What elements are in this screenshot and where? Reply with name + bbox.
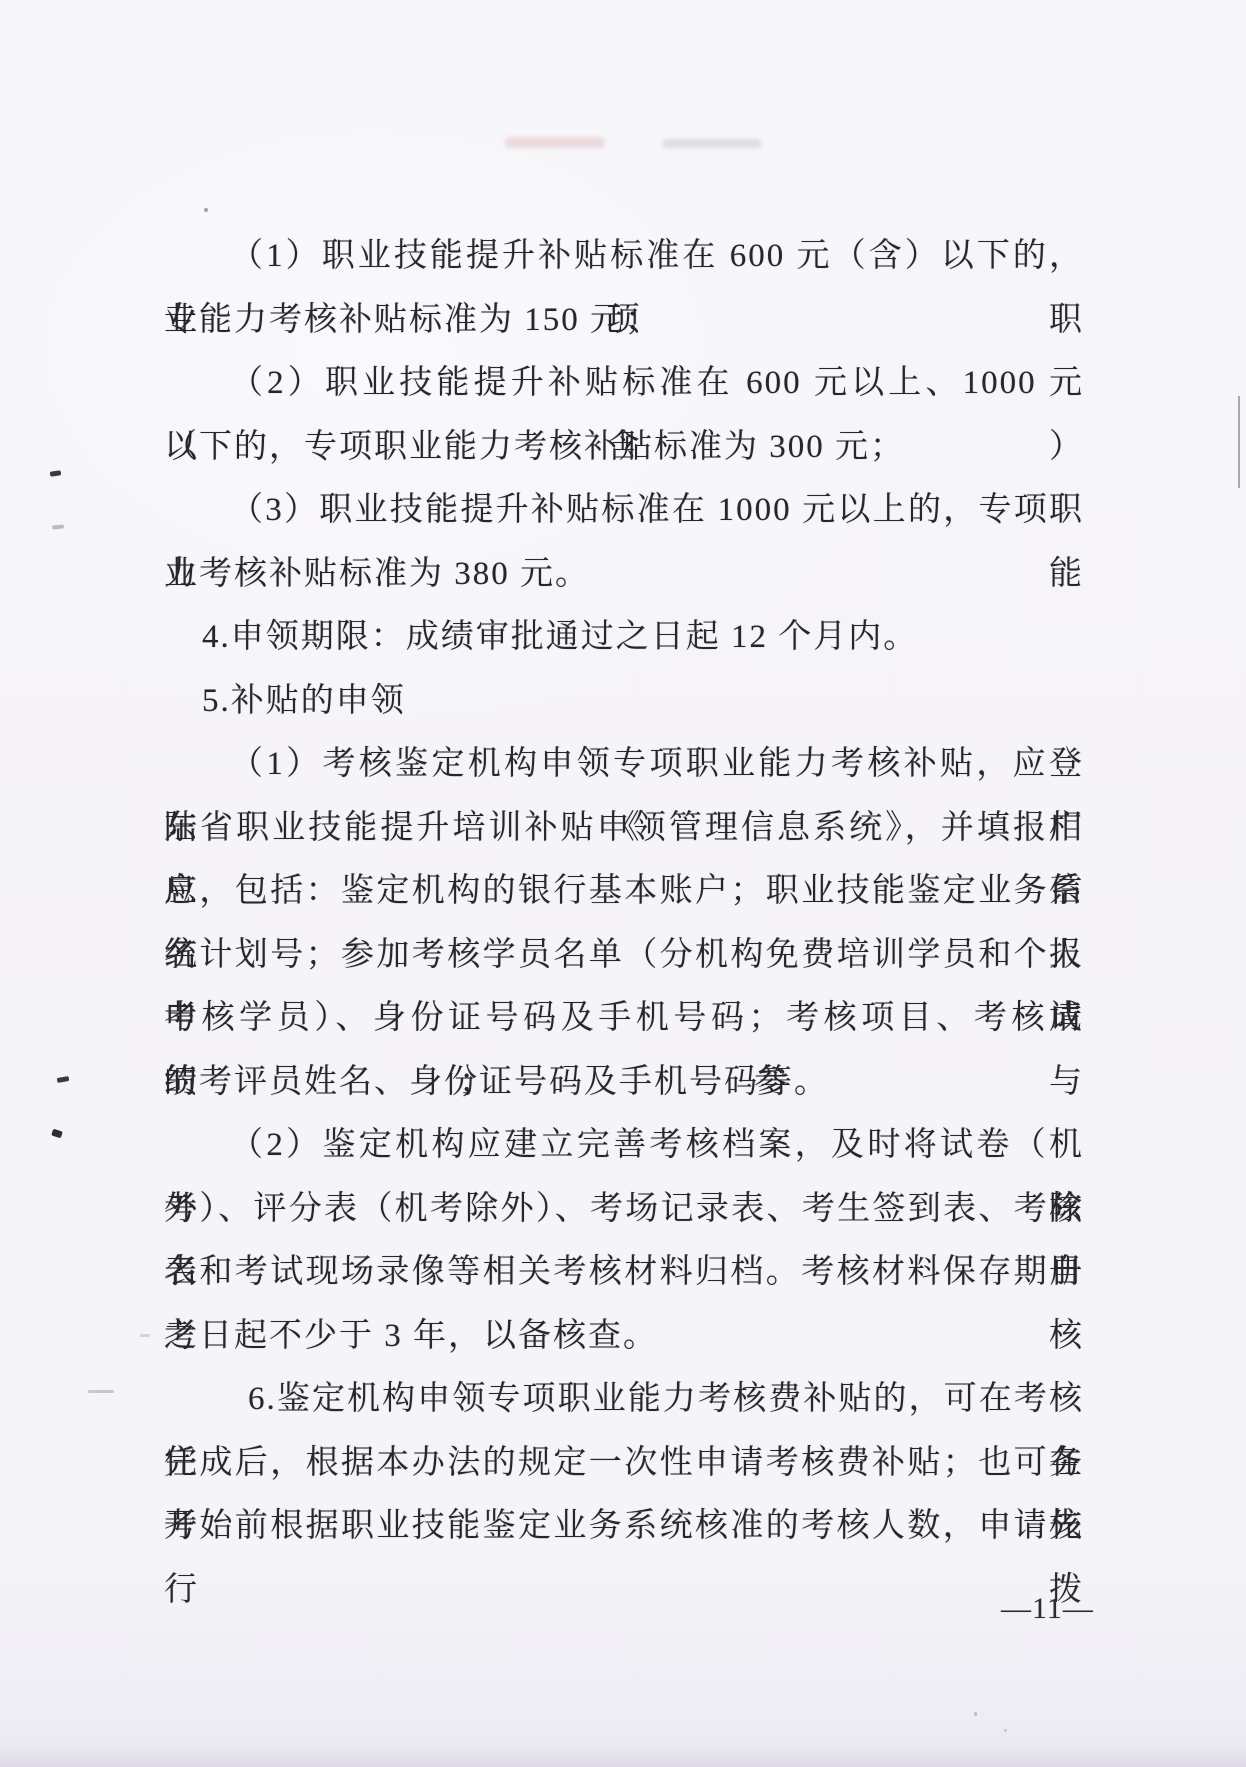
scan-bleedthrough-smudge [662, 139, 762, 148]
scan-edge-artifact [1238, 396, 1240, 488]
text-line: 名计划号；参加考核学员名单（分机构免费培训学员和个人申请 [164, 924, 1084, 988]
text-line: 表和考试现场录像等相关考核材料归档。考核材料保存期自考核 [164, 1241, 1084, 1305]
scan-speck [974, 1712, 977, 1716]
scan-speck [52, 524, 64, 529]
text-line: 完成后，根据本办法的规定一次性申请考核费补贴；也可在考核 [164, 1432, 1084, 1496]
scan-speck [57, 1076, 70, 1083]
scan-speck [140, 1334, 150, 1337]
text-line: 开始前根据职业技能鉴定业务系统核准的考核人数，申请先行拨 [164, 1495, 1084, 1559]
text-line: 息，包括：鉴定机构的银行基本账户；职业技能鉴定业务系统报 [164, 860, 1084, 924]
scan-speck [1004, 1729, 1007, 1732]
text-line: （2）鉴定机构应建立完善考核档案，及时将试卷（机考除 [164, 1114, 1084, 1178]
text-line: （2）职业技能提升补贴标准在 600 元以上、1000 元（含） [164, 352, 1084, 416]
text-line: 6.鉴定机构申领专项职业能力考核费补贴的，可在考核任务 [164, 1368, 1084, 1432]
text-line: 东省职业技能提升培训补贴申领管理信息系统》，并填报相应信 [164, 797, 1084, 861]
text-line: 外）、评分表（机考除外）、考场记录表、考生签到表、考核名册 [164, 1178, 1084, 1242]
text-line: （1）考核鉴定机构申领专项职业能力考核补贴，应登陆《广 [164, 733, 1084, 797]
scan-speck [50, 470, 62, 476]
scan-bottom-shadow [0, 1745, 1246, 1767]
text-line: 4.申领期限：成绩审批通过之日起 12 个月内。 [164, 606, 1084, 670]
scan-speck [204, 208, 208, 212]
scan-speck [51, 1129, 63, 1139]
scan-speck [88, 1390, 114, 1393]
scanned-document-page: （1）职业技能提升补贴标准在 600 元（含）以下的，专项职 业能力考核补贴标准… [0, 0, 1246, 1767]
scan-bleedthrough-smudge [505, 137, 605, 148]
page-number: —11— [1001, 1592, 1094, 1626]
text-line: （3）职业技能提升补贴标准在 1000 元以上的，专项职业能 [164, 479, 1084, 543]
document-body: （1）职业技能提升补贴标准在 600 元（含）以下的，专项职 业能力考核补贴标准… [164, 225, 1084, 1559]
text-line: 5.补贴的申领 [164, 670, 1084, 734]
text-line: 考核学员）、身份证号码及手机号码；考核项目、考核成绩；参与 [164, 987, 1084, 1051]
text-line: （1）职业技能提升补贴标准在 600 元（含）以下的，专项职 [164, 225, 1084, 289]
